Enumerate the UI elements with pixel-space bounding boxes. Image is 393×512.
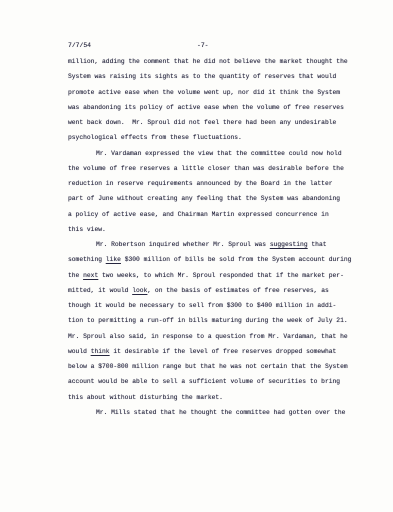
text-line: Mr. Mills stated that he thought the com…	[68, 405, 368, 420]
paragraph: Mr. Robertson inquired whether Mr. Sprou…	[68, 237, 368, 405]
text-line: though it would be necessary to sell fro…	[68, 298, 368, 313]
text-line: psychological effects from these fluctua…	[68, 130, 368, 145]
text-line: this about without disturbing the market…	[68, 390, 368, 405]
text-line: was abandoning its policy of active ease…	[68, 100, 368, 115]
text-line: mitted, it would look, on the basis of e…	[68, 283, 368, 298]
text-line: would think it desirable if the level of…	[68, 344, 368, 359]
text-line: something like $300 million of bills be …	[68, 252, 368, 267]
paragraph: Mr. Mills stated that he thought the com…	[68, 405, 368, 420]
paragraph: million, adding the comment that he did …	[68, 54, 368, 146]
page-number: -7-	[197, 40, 209, 52]
text-line: the next two weeks, to which Mr. Sproul …	[68, 268, 368, 283]
text-line: System was raising its sights as to the …	[68, 69, 368, 84]
text-line: reduction in reserve requirements announ…	[68, 176, 368, 191]
text-line: this view.	[68, 222, 368, 237]
text-line: promote active ease when the volume went…	[68, 85, 368, 100]
document-page: 7/7/54 -7- million, adding the comment t…	[0, 0, 393, 512]
page-header: 7/7/54 -7-	[68, 40, 360, 54]
text-line: Mr. Robertson inquired whether Mr. Sprou…	[68, 237, 368, 252]
paragraph: Mr. Vardaman expressed the view that the…	[68, 146, 368, 238]
text-line: Mr. Vardaman expressed the view that the…	[68, 146, 368, 161]
text-line: account would be able to sell a sufficie…	[68, 374, 368, 389]
document-date: 7/7/54	[68, 40, 91, 52]
text-line: tion to permitting a run-off in bills ma…	[68, 313, 368, 328]
document-body: million, adding the comment that he did …	[68, 54, 368, 420]
text-line: Mr. Sproul also said, in response to a q…	[68, 329, 368, 344]
text-line: the volume of free reserves a little clo…	[68, 161, 368, 176]
text-line: went back down. Mr. Sproul did not feel …	[68, 115, 368, 130]
text-line: below a $700-800 million range but that …	[68, 359, 368, 374]
text-line: a policy of active ease, and Chairman Ma…	[68, 207, 368, 222]
text-line: million, adding the comment that he did …	[68, 54, 368, 69]
text-line: part of June without creating any feelin…	[68, 191, 368, 206]
